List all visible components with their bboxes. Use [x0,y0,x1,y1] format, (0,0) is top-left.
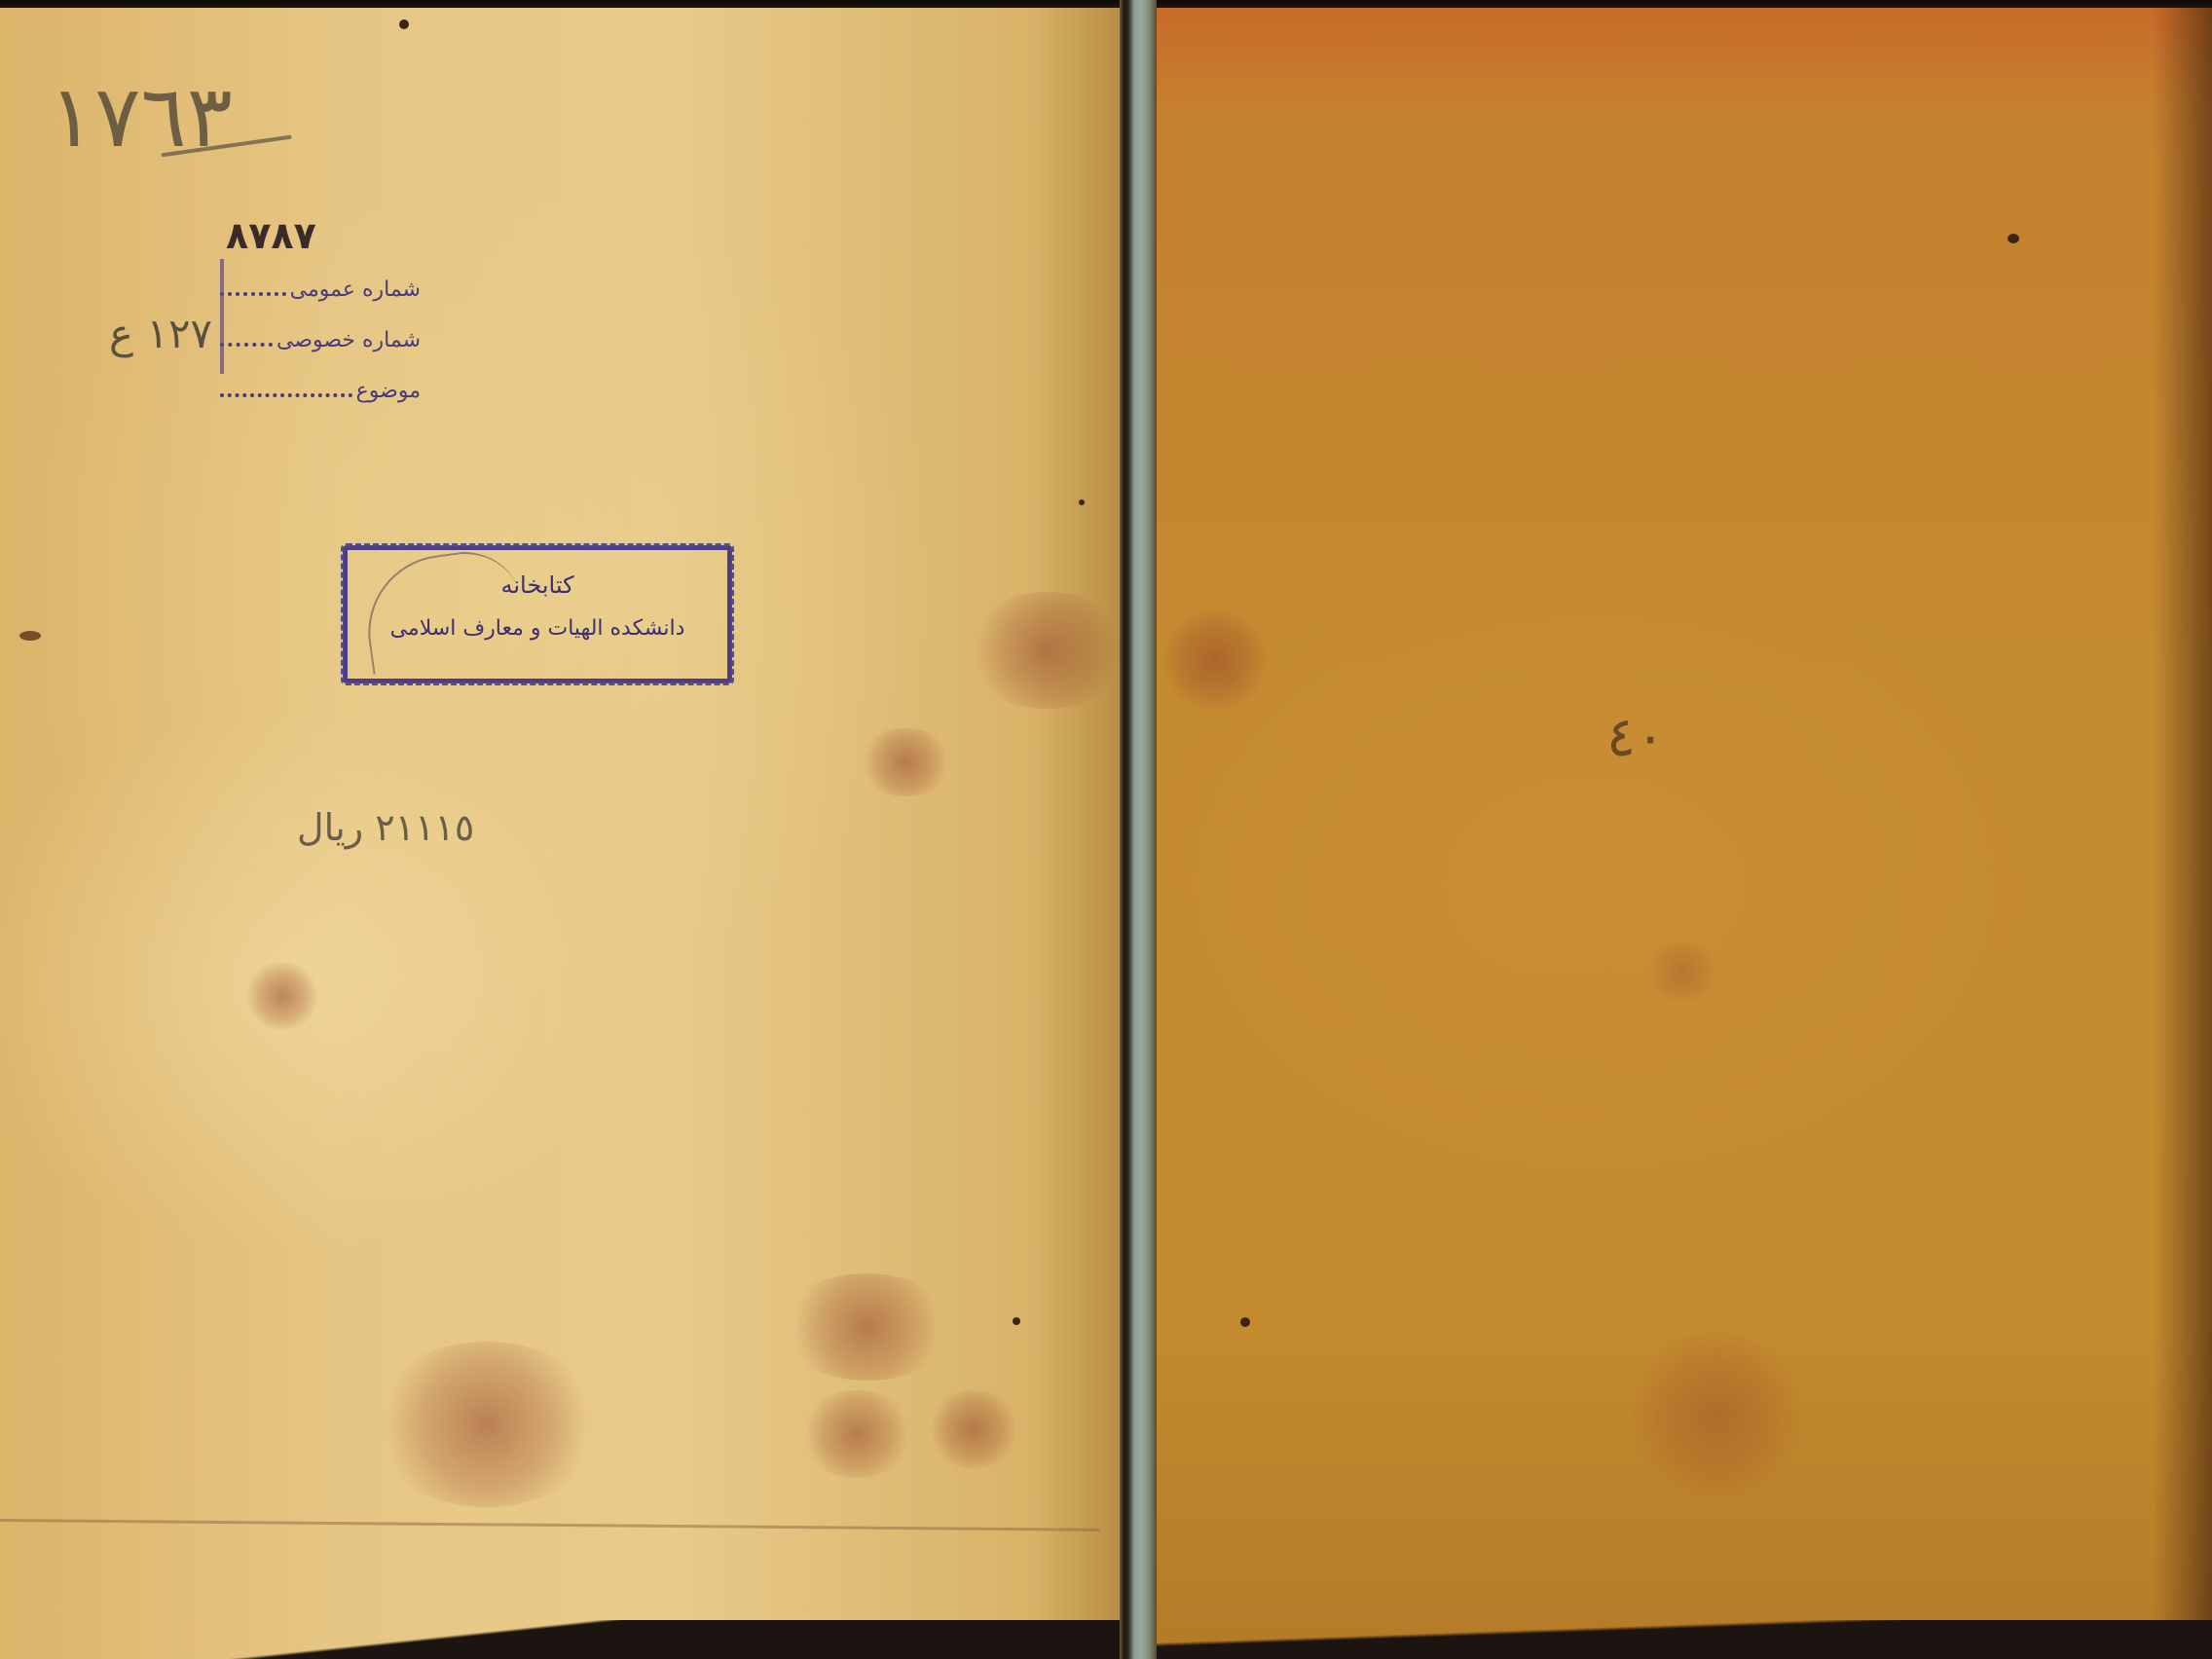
accession-stamp: شماره عمومی شماره خصوصی موضوع [220,251,421,403]
ink-speck [19,631,41,641]
foxing-stain [857,728,954,796]
ink-speck [1013,1317,1020,1325]
bottom-shadow [0,1620,1120,1659]
foxing-stain [925,1390,1022,1468]
foxing-stain [798,1390,915,1478]
ink-speck [1240,1317,1250,1327]
ink-speck [2008,234,2019,243]
ink-speck [1079,499,1085,505]
foxing-stain [1624,1332,1809,1497]
ink-speck [399,19,409,29]
stamp-field-label: شماره عمومی [290,277,421,302]
stamp-bracket [220,259,224,374]
stamp-field-label: شماره خصوصی [276,328,421,352]
stamp-field-private-number: شماره خصوصی [220,302,421,352]
foxing-stain [243,962,321,1030]
foxing-stain [779,1273,954,1381]
bottom-shadow [1157,1620,2212,1659]
dotted-line [220,292,286,296]
foxing-stain [964,592,1129,709]
book-spine-gutter [1120,0,1157,1659]
foxing-stain [1643,942,1721,1001]
foxing-stain [370,1342,604,1507]
pencil-mark-right-page: ٤٠ [1606,706,1665,769]
foxing-stain [1157,611,1273,709]
stamp-field-label: موضوع [356,379,421,403]
price-note-pencil: ٢١١١٥ ریال [297,806,474,849]
right-endpaper-page [1157,8,2212,1659]
shelf-number-pencil: ١٧٦٣ [49,66,233,166]
dotted-line [220,393,352,397]
stamp-field-public-number: شماره عمومی [220,251,421,302]
page-fold-line [0,1519,1100,1531]
right-edge-shadow [2154,8,2212,1659]
dotted-line [220,343,273,347]
left-flyleaf-page: ١٧٦٣ ٨٧٨٧ شماره عمومی شماره خصوصی موضوع … [0,8,1120,1659]
private-number-handwritten: ١٢٧ ع [109,310,212,357]
open-book-photo: ١٧٦٣ ٨٧٨٧ شماره عمومی شماره خصوصی موضوع … [0,0,2212,1659]
stamp-field-subject: موضوع [220,352,421,403]
